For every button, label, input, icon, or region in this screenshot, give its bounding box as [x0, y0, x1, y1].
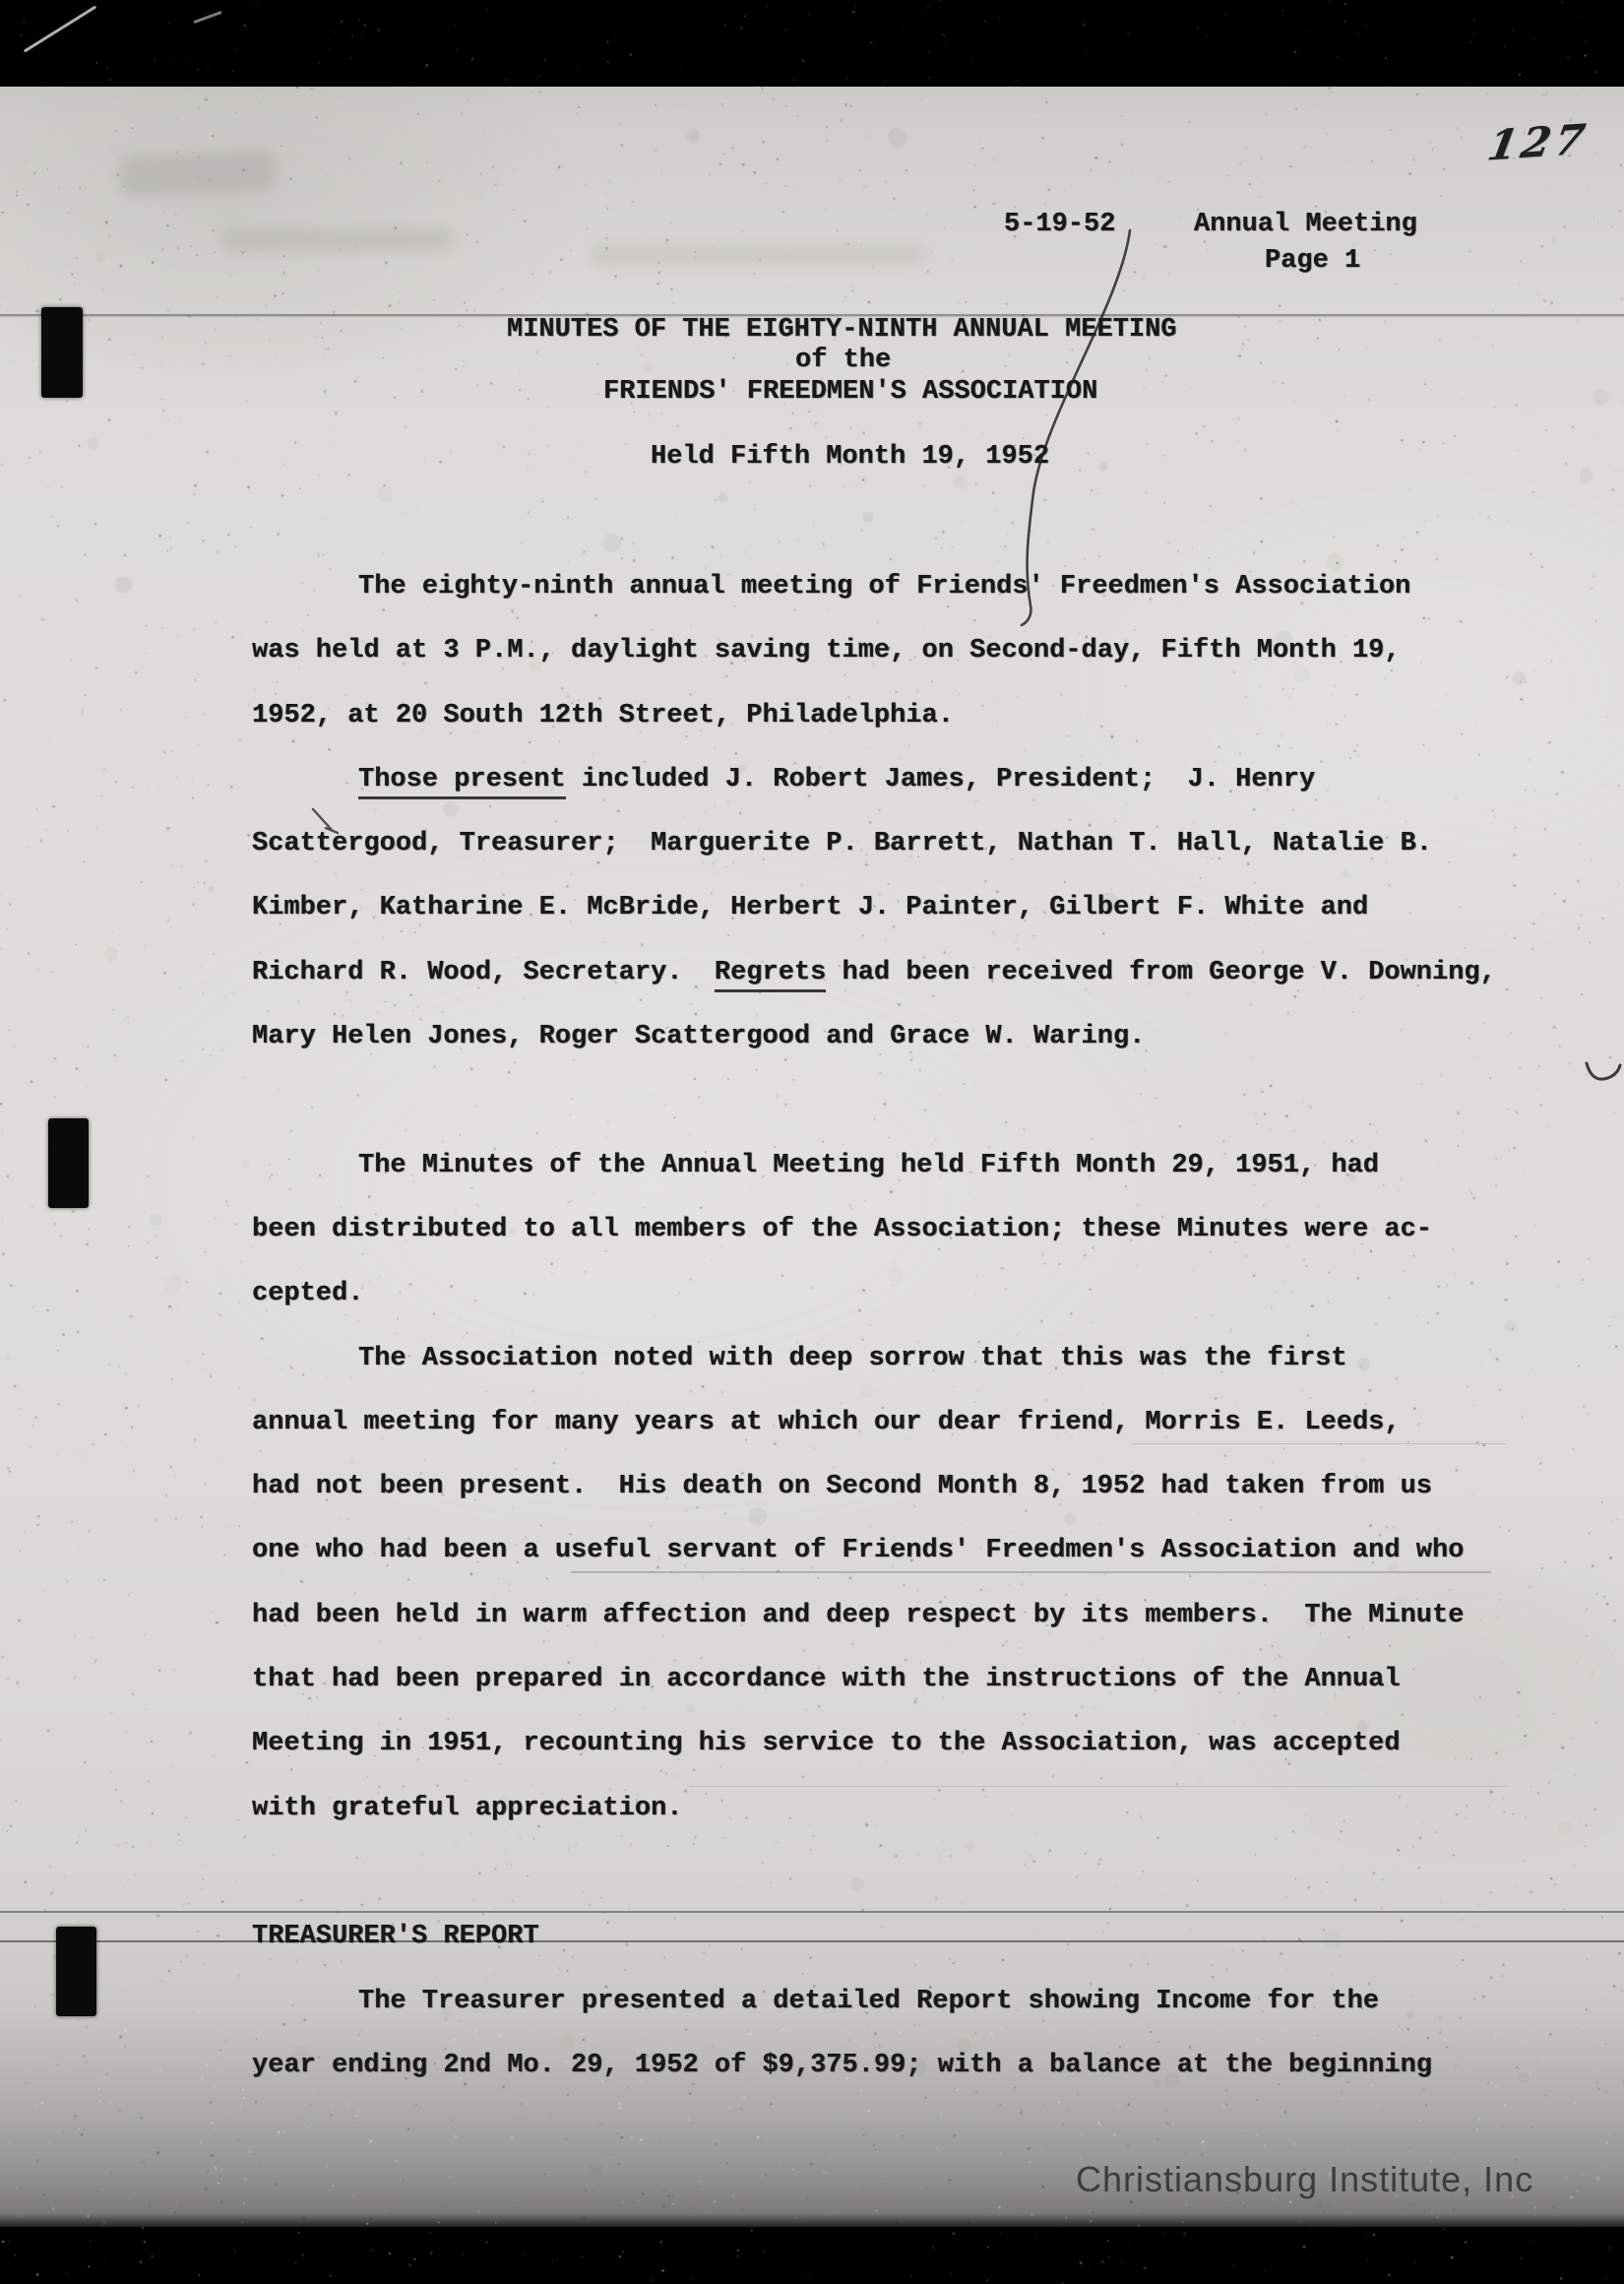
body-line: that had been prepared in accordance wit…: [252, 1648, 1512, 1712]
body-line: Kimber, Katharine E. McBride, Herbert J.…: [252, 876, 1512, 940]
document-title-line-1: MINUTES OF THE EIGHTY-NINTH ANNUAL MEETI…: [507, 315, 1177, 345]
text-segment: that had been prepared in accordance wit…: [252, 1665, 1401, 1694]
text-segment: had not been present. His death on Secon…: [252, 1472, 1432, 1501]
text-segment: Meeting in 1951, recounting his service …: [252, 1729, 1401, 1758]
body-line: been distributed to all members of the A…: [252, 1198, 1512, 1262]
text-segment: had been held in warm affection and deep…: [252, 1601, 1464, 1630]
scanned-document-page: 127 5-19-52 Annual Meeting Page 1 MINUTE…: [0, 0, 1624, 2284]
text-segment: Mary Helen Jones, Roger Scattergood and …: [252, 1022, 1145, 1051]
document-title-line-4: Held Fifth Month 19, 1952: [651, 442, 1049, 472]
body-text: The eighty-ninth annual meeting of Frien…: [252, 555, 1512, 2098]
text-segment: cepted.: [252, 1279, 363, 1308]
text-segment: The Treasurer presented a detailed Repor…: [358, 1987, 1379, 2016]
body-line: Those present included J. Robert James, …: [252, 748, 1512, 812]
body-line: The Minutes of the Annual Meeting held F…: [252, 1134, 1512, 1198]
text-segment: The Association noted with deep sorrow t…: [358, 1344, 1347, 1373]
body-line: [252, 1841, 1512, 1905]
body-line: The Association noted with deep sorrow t…: [252, 1327, 1512, 1391]
scratch-mark: [193, 11, 221, 24]
text-segment: TREASURER'S REPORT: [252, 1922, 539, 1951]
body-line: one who had been a useful servant of Fri…: [252, 1519, 1512, 1583]
body-line: Richard R. Wood, Secretary. Regrets had …: [252, 941, 1512, 1005]
body-line: Meeting in 1951, recounting his service …: [252, 1712, 1512, 1776]
header-meeting-label: Annual Meeting: [1194, 210, 1417, 239]
scan-top-black-band: [0, 0, 1624, 87]
text-segment: Richard R. Wood, Secretary.: [252, 958, 715, 987]
binder-mark: [56, 1927, 96, 2016]
text-segment: been distributed to all members of the A…: [252, 1215, 1432, 1244]
document-title-line-3: FRIENDS' FREEDMEN'S ASSOCIATION: [603, 377, 1097, 407]
text-segment: included J. Robert James, President; J. …: [566, 765, 1316, 794]
body-line: with grateful appreciation.: [252, 1777, 1512, 1841]
text-segment: Kimber, Katharine E. McBride, Herbert J.…: [252, 893, 1368, 922]
body-line: year ending 2nd Mo. 29, 1952 of $9,375.9…: [252, 2034, 1512, 2098]
body-line: The Treasurer presented a detailed Repor…: [252, 1970, 1512, 2034]
text-segment: was held at 3 P.M., daylight saving time…: [252, 636, 1401, 666]
text-segment: year ending 2nd Mo. 29, 1952 of $9,375.9…: [252, 2051, 1432, 2080]
body-line: had been held in warm affection and deep…: [252, 1584, 1512, 1648]
binder-mark: [48, 1118, 89, 1208]
body-line: Scattergood, Treasurer; Marguerite P. Ba…: [252, 812, 1512, 876]
body-line: was held at 3 P.M., daylight saving time…: [252, 619, 1512, 683]
header-date: 5-19-52: [1004, 210, 1115, 239]
text-segment: annual meeting for many years at which o…: [252, 1408, 1401, 1437]
text-segment: one who had been a useful servant of Fri…: [252, 1536, 1464, 1565]
body-line: had not been present. His death on Secon…: [252, 1455, 1512, 1519]
text-segment: The eighty-ninth annual meeting of Frien…: [358, 572, 1410, 602]
section-heading: TREASURER'S REPORT: [252, 1905, 1512, 1969]
text-segment: had been received from George V. Downing…: [826, 958, 1496, 987]
text-segment: with grateful appreciation.: [252, 1794, 682, 1823]
body-line: The eighty-ninth annual meeting of Frien…: [252, 555, 1512, 619]
text-segment: The Minutes of the Annual Meeting held F…: [358, 1151, 1379, 1180]
body-line: [252, 1069, 1512, 1133]
text-segment: Scattergood, Treasurer; Marguerite P. Ba…: [252, 829, 1432, 858]
underlined-text: Regrets: [715, 958, 826, 992]
ghost-ink-smudge: [221, 228, 453, 252]
body-line: annual meeting for many years at which o…: [252, 1391, 1512, 1455]
binder-mark: [41, 307, 83, 398]
document-title-line-2: of the: [795, 346, 891, 375]
scratch-mark: [24, 5, 97, 52]
pen-curve-right-margin: [1587, 1063, 1620, 1079]
underlined-text: Those present: [358, 765, 566, 799]
handwritten-page-number: 127: [1484, 115, 1593, 170]
text-segment: 1952, at 20 South 12th Street, Philadelp…: [252, 701, 954, 730]
watermark-text: Christiansburg Institute, Inc: [1076, 2159, 1533, 2200]
ghost-ink-smudge: [591, 244, 925, 266]
body-line: 1952, at 20 South 12th Street, Philadelp…: [252, 684, 1512, 748]
ghost-ink-smudge: [119, 151, 276, 195]
scan-bottom-black-band: [0, 2227, 1624, 2284]
header-page-label: Page 1: [1265, 246, 1360, 276]
body-line: cepted.: [252, 1262, 1512, 1326]
body-line: Mary Helen Jones, Roger Scattergood and …: [252, 1005, 1512, 1069]
